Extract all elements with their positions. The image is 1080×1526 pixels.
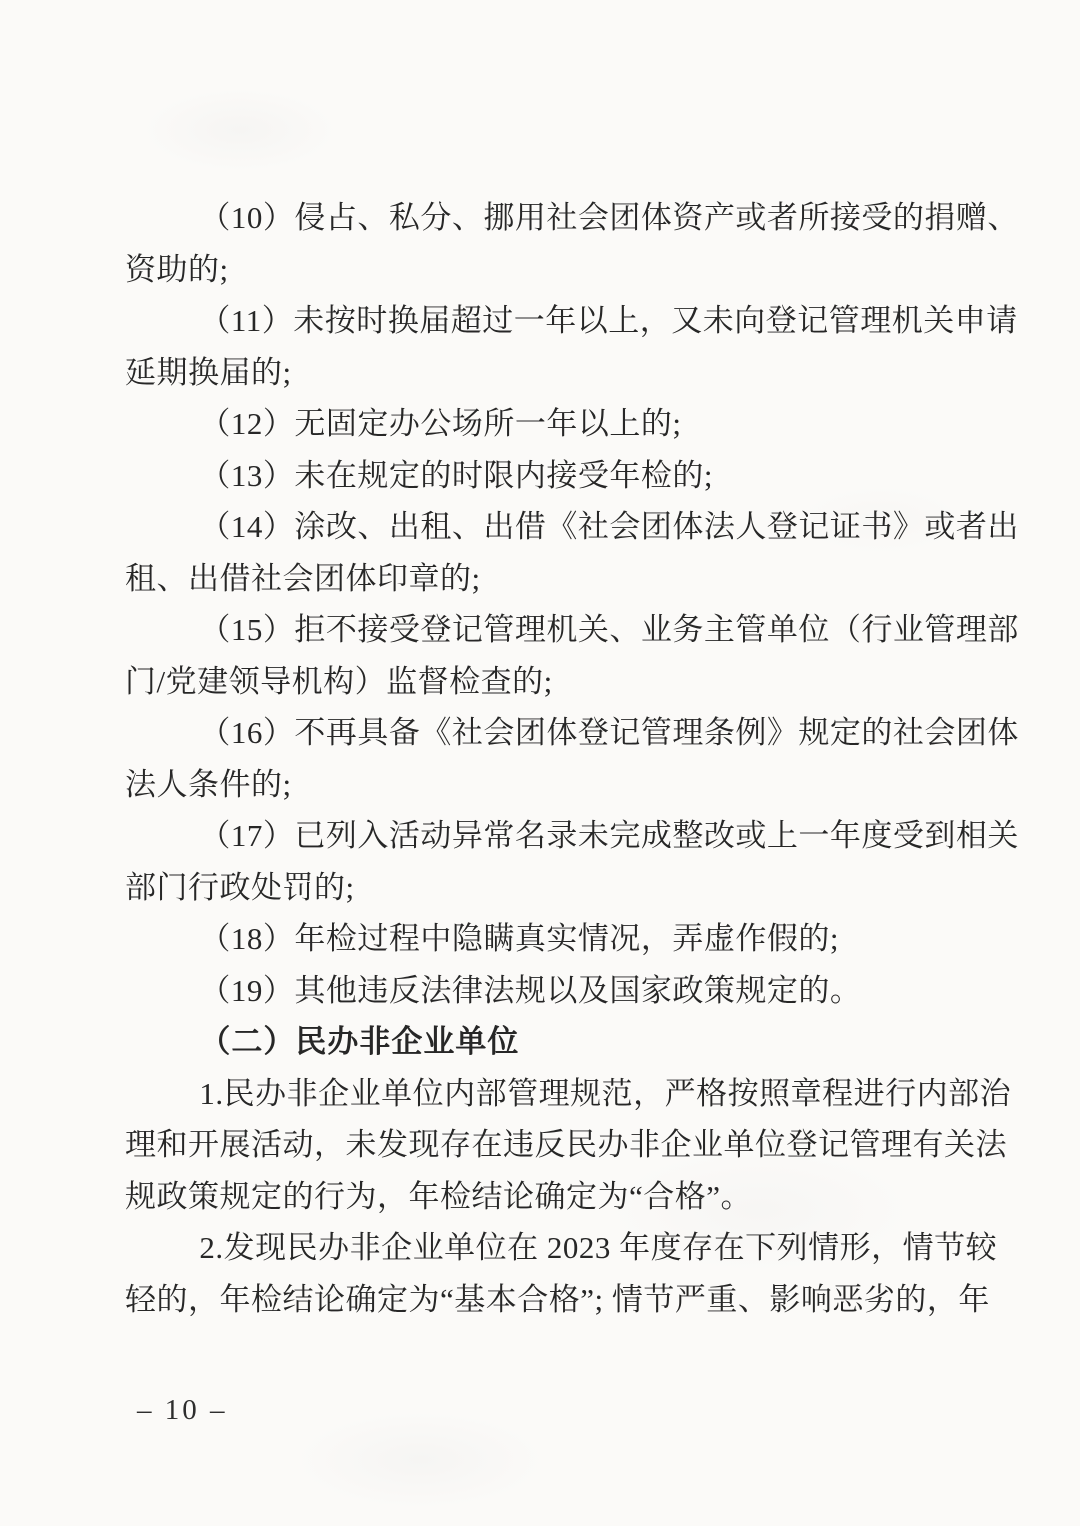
text-line: 1.民办非企业单位内部管理规范，严格按照章程进行内部治 <box>125 1068 965 1120</box>
text-line: （18）年检过程中隐瞒真实情况，弄虚作假的; <box>125 913 965 965</box>
document-body: （10）侵占、私分、挪用社会团体资产或者所接受的捐赠、资助的;（11）未按时换届… <box>125 192 965 1325</box>
text-line: 法人条件的; <box>125 759 965 811</box>
text-line: 2.发现民办非企业单位在 2023 年度存在下列情形，情节较 <box>125 1222 965 1274</box>
text-line: （14）涂改、出租、出借《社会团体法人登记证书》或者出 <box>125 501 965 553</box>
text-line: 门/党建领导机构）监督检查的; <box>125 656 965 708</box>
text-line: （13）未在规定的时限内接受年检的; <box>125 450 965 502</box>
text-line: （11）未按时换届超过一年以上，又未向登记管理机关申请 <box>125 295 965 347</box>
text-line: （17）已列入活动异常名录未完成整改或上一年度受到相关 <box>125 810 965 862</box>
section-heading: （二）民办非企业单位 <box>125 1016 965 1068</box>
text-line: 轻的，年检结论确定为“基本合格”; 情节严重、影响恶劣的，年 <box>125 1274 965 1326</box>
scanned-document-page: （10）侵占、私分、挪用社会团体资产或者所接受的捐赠、资助的;（11）未按时换届… <box>0 0 1080 1526</box>
text-line: （19）其他违反法律法规以及国家政策规定的。 <box>125 965 965 1017</box>
text-line: 理和开展活动，未发现存在违反民办非企业单位登记管理有关法 <box>125 1119 965 1171</box>
text-line: 延期换届的; <box>125 347 965 399</box>
text-line: 部门行政处罚的; <box>125 862 965 914</box>
page-number: – 10 – <box>137 1392 228 1428</box>
text-line: （12）无固定办公场所一年以上的; <box>125 398 965 450</box>
text-line: 资助的; <box>125 244 965 296</box>
text-line: （10）侵占、私分、挪用社会团体资产或者所接受的捐赠、 <box>125 192 965 244</box>
text-line: （15）拒不接受登记管理机关、业务主管单位（行业管理部 <box>125 604 965 656</box>
text-line: （16）不再具备《社会团体登记管理条例》规定的社会团体 <box>125 707 965 759</box>
text-line: 租、出借社会团体印章的; <box>125 553 965 605</box>
text-line: 规政策规定的行为，年检结论确定为“合格”。 <box>125 1171 965 1223</box>
